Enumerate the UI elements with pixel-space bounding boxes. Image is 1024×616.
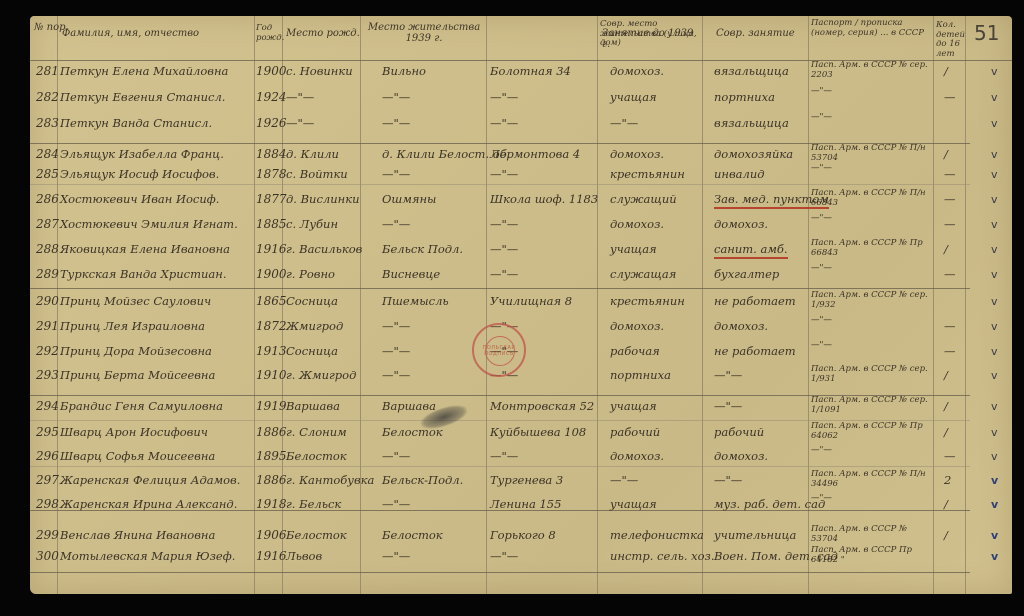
- cell-occupation-pre1939: крестьянин: [610, 167, 685, 181]
- cell-passport: Пасп. Арм. в СССР № сер. 1/931: [811, 365, 931, 384]
- cell-occupation-pre1939: —"—: [610, 473, 638, 487]
- cell-no: 289: [36, 267, 59, 281]
- col-divider: [360, 16, 361, 594]
- cell-birthplace: г. Васильков: [286, 242, 362, 256]
- cell-occupation-pre1939: домохоз.: [610, 449, 664, 463]
- cell-birthplace: с. Войтки: [286, 167, 348, 181]
- cell-children: —: [944, 344, 956, 358]
- cell-no: 298: [36, 497, 59, 511]
- cell-year: 1906: [256, 528, 287, 542]
- col-divider: [965, 16, 966, 594]
- cell-current-address: —"—: [490, 116, 518, 130]
- cell-current-address: Тургенева 3: [490, 473, 563, 487]
- cell-no: 285: [36, 167, 59, 181]
- cell-name: Венслав Янина Ивановна: [60, 528, 215, 542]
- cell-residence-1939: —"—: [382, 344, 410, 358]
- cell-year: 1884: [256, 147, 287, 161]
- cell-year: 1919: [256, 399, 287, 413]
- cell-children: —: [944, 449, 956, 463]
- cell-passport: —"—: [811, 494, 931, 504]
- cell-children: /: [944, 528, 948, 542]
- cell-residence-1939: Белосток: [382, 528, 443, 542]
- cell-birthplace: Белосток: [286, 528, 347, 542]
- cell-passport: —"—: [811, 214, 931, 224]
- cell-occupation-pre1939: телефонистка: [610, 528, 704, 542]
- checkmark-icon: v: [991, 400, 998, 413]
- cell-residence-1939: Пшемысль: [382, 294, 449, 308]
- cell-current-address: Куйбышева 108: [490, 425, 586, 439]
- cell-children: —: [944, 217, 956, 231]
- group-divider: [30, 184, 970, 185]
- cell-year: 1918: [256, 497, 287, 511]
- cell-current-occupation: учительница: [714, 528, 796, 542]
- cell-children: /: [944, 425, 948, 439]
- col-divider: [702, 16, 703, 594]
- cell-occupation-pre1939: домохоз.: [610, 217, 664, 231]
- cell-year: 1878: [256, 167, 287, 181]
- cell-passport: Пасп. Арм. в СССР № сер. 2203: [811, 61, 931, 80]
- cell-name: Хостюкевич Эмилия Игнат.: [60, 217, 238, 231]
- cell-passport: —"—: [811, 446, 931, 456]
- cell-children: —: [944, 192, 956, 206]
- cell-current-address: Болотная 34: [490, 64, 571, 78]
- cell-name: Принц Берта Мойсеевна: [60, 368, 215, 382]
- cell-occupation-pre1939: служащая: [610, 267, 676, 281]
- cell-year: 1886: [256, 425, 287, 439]
- checkmark-icon: v: [991, 148, 998, 161]
- cell-children: /: [944, 368, 948, 382]
- cell-occupation-pre1939: рабочая: [610, 344, 660, 358]
- cell-no: 294: [36, 399, 59, 413]
- cell-current-occupation: домохоз.: [714, 217, 768, 231]
- cell-occupation-pre1939: домохоз.: [610, 64, 664, 78]
- cell-residence-1939: Вильно: [382, 64, 426, 78]
- checkmark-icon: v: [991, 218, 998, 231]
- cell-children: /: [944, 399, 948, 413]
- header-year: Год рожд.: [256, 24, 282, 43]
- header-passport: Паспорт / прописка (номер, серия) ... в …: [811, 19, 931, 38]
- cell-passport: —"—: [811, 113, 931, 123]
- cell-year: 1865: [256, 294, 287, 308]
- cell-year: 1895: [256, 449, 287, 463]
- cell-occupation-pre1939: портниха: [610, 368, 671, 382]
- cell-birthplace: —"—: [286, 116, 314, 130]
- cell-year: 1885: [256, 217, 287, 231]
- cell-children: /: [944, 497, 948, 511]
- col-divider: [933, 16, 934, 594]
- cell-year: 1900: [256, 64, 287, 78]
- cell-occupation-pre1939: —"—: [610, 116, 638, 130]
- header-birthplace: Место рожд.: [286, 28, 360, 39]
- checkmark-icon: v: [991, 426, 998, 439]
- header-residence-1939: Место жительства 1939 г.: [364, 22, 484, 44]
- cell-current-address: Училищная 8: [490, 294, 572, 308]
- cell-year: 1913: [256, 344, 287, 358]
- cell-no: 282: [36, 90, 59, 104]
- cell-occupation-pre1939: учащая: [610, 90, 657, 104]
- col-divider: [486, 16, 487, 594]
- cell-year: 1916: [256, 242, 287, 256]
- cell-passport: Пасп. Арм. в СССР Пр 64182 ": [811, 546, 931, 565]
- register-page: № пор. Фамилия, имя, отчество Год рожд. …: [30, 16, 1012, 594]
- cell-residence-1939: —"—: [382, 90, 410, 104]
- cell-residence-1939: —"—: [382, 449, 410, 463]
- stamp-text: ПОЛЬСКАЯ ПОДПИСЬ: [474, 345, 524, 357]
- cell-residence-1939: Бельск-Подл.: [382, 473, 463, 487]
- cell-residence-1939: —"—: [382, 319, 410, 333]
- cell-birthplace: Белосток: [286, 449, 347, 463]
- cell-no: 288: [36, 242, 59, 256]
- cell-birthplace: д. Клили: [286, 147, 339, 161]
- cell-residence-1939: —"—: [382, 167, 410, 181]
- cell-children: /: [944, 64, 948, 78]
- cell-passport: Пасп. Арм. в СССР № Пр 66843: [811, 239, 931, 258]
- cell-current-occupation: инвалид: [714, 167, 765, 181]
- cell-current-occupation: муз. раб. дет. сад: [714, 497, 825, 511]
- checkmark-icon: v: [991, 498, 998, 511]
- checkmark-icon: v: [991, 268, 998, 281]
- cell-no: 284: [36, 147, 59, 161]
- cell-no: 293: [36, 368, 59, 382]
- cell-current-address: —"—: [490, 449, 518, 463]
- group-divider: [30, 288, 970, 289]
- bottom-divider: [30, 572, 970, 573]
- col-divider: [254, 16, 255, 594]
- col-divider: [597, 16, 598, 594]
- cell-no: 296: [36, 449, 59, 463]
- cell-residence-1939: Бельск Подл.: [382, 242, 463, 256]
- checkmark-icon: v: [991, 91, 998, 104]
- cell-residence-1939: —"—: [382, 549, 410, 563]
- cell-current-occupation: санит. амб.: [714, 242, 788, 259]
- cell-occupation-pre1939: инстр. сель. хоз.: [610, 549, 714, 563]
- cell-current-address: Горького 8: [490, 528, 556, 542]
- cell-passport: —"—: [811, 341, 931, 351]
- cell-residence-1939: —"—: [382, 497, 410, 511]
- cell-passport: —"—: [811, 264, 931, 274]
- cell-occupation-pre1939: служащий: [610, 192, 677, 206]
- cell-occupation-pre1939: учащая: [610, 399, 657, 413]
- header-children: Кол. детей до 16 лет: [936, 21, 964, 59]
- cell-birthplace: г. Кантобувка: [286, 473, 374, 487]
- cell-current-occupation: —"—: [714, 399, 742, 413]
- cell-no: 287: [36, 217, 59, 231]
- cell-no: 291: [36, 319, 59, 333]
- cell-birthplace: Львов: [286, 549, 322, 563]
- checkmark-icon: v: [991, 529, 998, 542]
- cell-current-address: Школа шоф. 1183: [490, 192, 598, 206]
- cell-no: 281: [36, 64, 59, 78]
- cell-no: 299: [36, 528, 59, 542]
- cell-birthplace: г. Ровно: [286, 267, 335, 281]
- page-number: 51: [974, 21, 999, 45]
- cell-current-occupation: домохоз.: [714, 319, 768, 333]
- cell-children: —: [944, 267, 956, 281]
- cell-current-occupation: —"—: [714, 368, 742, 382]
- cell-name: Принц Дора Мойзесовна: [60, 344, 212, 358]
- cell-occupation-pre1939: домохоз.: [610, 147, 664, 161]
- cell-passport: Пасп. Арм. в СССР № 53704: [811, 525, 931, 544]
- cell-children: —: [944, 167, 956, 181]
- checkmark-icon: v: [991, 168, 998, 181]
- cell-name: Эльящук Иосиф Иосифов.: [60, 167, 219, 181]
- cell-birthplace: с. Новинки: [286, 64, 353, 78]
- cell-year: 1924: [256, 90, 287, 104]
- cell-birthplace: Жмигрод: [286, 319, 343, 333]
- cell-name: Хостюкевич Иван Иосиф.: [60, 192, 219, 206]
- cell-name: Принц Мойзес Саулович: [60, 294, 211, 308]
- cell-current-address: —"—: [490, 217, 518, 231]
- cell-name: Петкун Евгения Станисл.: [60, 90, 225, 104]
- cell-children: —: [944, 319, 956, 333]
- cell-no: 283: [36, 116, 59, 130]
- cell-passport: Пасп. Арм. в СССР № П/н 34496: [811, 470, 931, 489]
- cell-occupation-pre1939: домохоз.: [610, 319, 664, 333]
- group-divider: [30, 466, 970, 467]
- cell-birthplace: г. Жмигрод: [286, 368, 356, 382]
- cell-passport: Пасп. Арм. в СССР № П/н 53704: [811, 144, 931, 163]
- cell-passport: Пасп. Арм. в СССР № Пр 64062: [811, 422, 931, 441]
- checkmark-icon: v: [991, 474, 998, 487]
- cell-current-address: —"—: [490, 549, 518, 563]
- cell-residence-1939: Варшава: [382, 399, 436, 413]
- cell-children: —: [944, 90, 956, 104]
- cell-birthplace: д. Вислинки: [286, 192, 359, 206]
- cell-name: Брандис Геня Самуиловна: [60, 399, 223, 413]
- cell-birthplace: с. Лубин: [286, 217, 338, 231]
- cell-birthplace: Сосница: [286, 294, 338, 308]
- cell-current-address: Монтровская 52: [490, 399, 594, 413]
- cell-year: 1926: [256, 116, 287, 130]
- cell-name: Петкун Елена Михайловна: [60, 64, 228, 78]
- cell-name: Мотылевская Мария Юзеф.: [60, 549, 235, 563]
- cell-year: 1916: [256, 549, 287, 563]
- cell-current-address: Лермонтова 4: [490, 147, 580, 161]
- cell-name: Эльящук Изабелла Франц.: [60, 147, 224, 161]
- cell-no: 295: [36, 425, 59, 439]
- cell-residence-1939: —"—: [382, 368, 410, 382]
- cell-name: Туркская Ванда Христиан.: [60, 267, 226, 281]
- cell-year: 1910: [256, 368, 287, 382]
- cell-birthplace: г. Бельск: [286, 497, 341, 511]
- checkmark-icon: v: [991, 243, 998, 256]
- cell-name: Жаренская Ирина Александ.: [60, 497, 237, 511]
- cell-passport: Пасп. Арм. в СССР № сер. 1/1091: [811, 396, 931, 415]
- cell-occupation-pre1939: учащая: [610, 497, 657, 511]
- header-no: № пор.: [34, 22, 56, 33]
- cell-year: 1886: [256, 473, 287, 487]
- cell-passport: Пасп. Арм. в СССР № сер. 1/932: [811, 291, 931, 310]
- cell-occupation-pre1939: учащая: [610, 242, 657, 256]
- checkmark-icon: v: [991, 369, 998, 382]
- cell-year: 1877: [256, 192, 287, 206]
- cell-no: 286: [36, 192, 59, 206]
- cell-birthplace: г. Слоним: [286, 425, 347, 439]
- cell-current-address: —"—: [490, 90, 518, 104]
- cell-name: Шварц Арон Иосифович: [60, 425, 208, 439]
- header-current-occupation: Совр. занятие: [716, 28, 795, 39]
- cell-year: 1900: [256, 267, 287, 281]
- cell-name: Петкун Ванда Станисл.: [60, 116, 212, 130]
- checkmark-icon: v: [991, 345, 998, 358]
- checkmark-icon: v: [991, 550, 998, 563]
- cell-current-address: —"—: [490, 242, 518, 256]
- cell-birthplace: —"—: [286, 90, 314, 104]
- cell-name: Жаренская Фелиция Адамов.: [60, 473, 240, 487]
- cell-name: Яковицкая Елена Ивановна: [60, 242, 230, 256]
- cell-no: 297: [36, 473, 59, 487]
- cell-current-occupation: домохозяйка: [714, 147, 793, 161]
- cell-residence-1939: Ошмяны: [382, 192, 436, 206]
- cell-passport: —"—: [811, 87, 931, 97]
- checkmark-icon: v: [991, 295, 998, 308]
- red-circular-stamp: ПОЛЬСКАЯ ПОДПИСЬ: [472, 323, 526, 377]
- cell-birthplace: Сосница: [286, 344, 338, 358]
- checkmark-icon: v: [991, 320, 998, 333]
- cell-current-occupation: домохоз.: [714, 449, 768, 463]
- cell-residence-1939: —"—: [382, 116, 410, 130]
- cell-current-occupation: не работает: [714, 344, 796, 358]
- checkmark-icon: v: [991, 65, 998, 78]
- cell-current-address: —"—: [490, 167, 518, 181]
- cell-current-occupation: вязальщица: [714, 64, 789, 78]
- cell-occupation-pre1939: рабочий: [610, 425, 660, 439]
- cell-current-occupation: вязальщица: [714, 116, 789, 130]
- cell-current-occupation: портниха: [714, 90, 775, 104]
- cell-no: 300: [36, 549, 59, 563]
- cell-residence-1939: Висневце: [382, 267, 440, 281]
- cell-current-occupation: —"—: [714, 473, 742, 487]
- checkmark-icon: v: [991, 450, 998, 463]
- cell-no: 292: [36, 344, 59, 358]
- cell-year: 1872: [256, 319, 287, 333]
- cell-passport: —"—: [811, 164, 931, 174]
- cell-current-occupation: бухгалтер: [714, 267, 779, 281]
- cell-current-address: Ленина 155: [490, 497, 561, 511]
- cell-name: Шварц Софья Моисеевна: [60, 449, 215, 463]
- cell-current-occupation: рабочий: [714, 425, 764, 439]
- cell-occupation-pre1939: крестьянин: [610, 294, 685, 308]
- cell-name: Принц Лея Израиловна: [60, 319, 205, 333]
- cell-passport: Пасп. Арм. в СССР № П/н 66843: [811, 189, 931, 208]
- cell-no: 290: [36, 294, 59, 308]
- checkmark-icon: v: [991, 193, 998, 206]
- cell-children: /: [944, 147, 948, 161]
- cell-current-address: —"—: [490, 267, 518, 281]
- cell-children: /: [944, 242, 948, 256]
- cell-passport: —"—: [811, 316, 931, 326]
- cell-current-occupation: не работает: [714, 294, 796, 308]
- checkmark-icon: v: [991, 117, 998, 130]
- cell-residence-1939: —"—: [382, 217, 410, 231]
- header-occupation-pre1939: Занятие до 1939 г.: [602, 28, 700, 50]
- cell-birthplace: Варшава: [286, 399, 340, 413]
- cell-children: 2: [944, 473, 951, 487]
- header-name: Фамилия, имя, отчество: [62, 28, 199, 39]
